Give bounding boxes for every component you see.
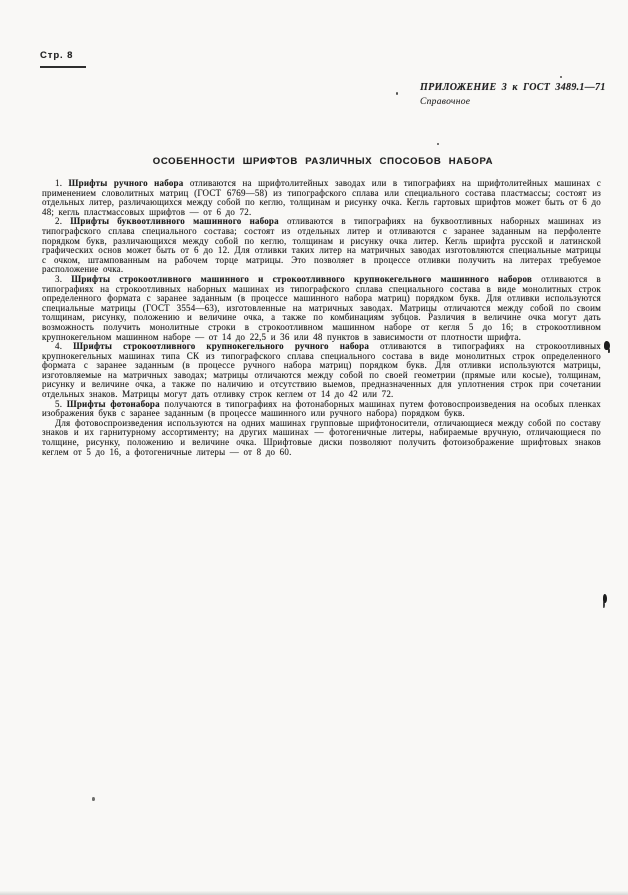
paragraph-lead: Шрифты буквоотливного машинного набора — [62, 216, 279, 226]
paragraph-4: 4. Шрифты строкоотливного крупнокегельно… — [42, 342, 601, 400]
paragraph-2: 2. Шрифты буквоотливного машинного набор… — [42, 217, 601, 275]
paragraph-1: 1. Шрифты ручного набора отливаются на ш… — [42, 179, 601, 217]
document-body: 1. Шрифты ручного набора отливаются на ш… — [42, 179, 601, 457]
document-title: ОСОБЕННОСТИ ШРИФТОВ РАЗЛИЧНЫХ СПОСОБОВ Н… — [18, 156, 628, 167]
paragraph-text: отливаются в типографиях на буквоотливны… — [42, 216, 601, 274]
ink-speck — [603, 594, 607, 603]
appendix-heading: ПРИЛОЖЕНИЕ 3 к ГОСТ 3489.1—71 — [420, 82, 610, 93]
paragraph-6: Для фотовоспроизведения используются на … — [42, 419, 601, 457]
paragraph-lead: Шрифты строкоотливного машинного и строк… — [62, 274, 532, 284]
page-number-underline — [40, 66, 86, 68]
paragraph-lead: Шрифты фотонабора — [62, 399, 160, 409]
paragraph-3: 3. Шрифты строкоотливного машинного и ст… — [42, 275, 601, 342]
ink-speck — [92, 797, 95, 801]
ink-speck — [604, 341, 610, 350]
paragraph-text: отливаются в типографиях на строкоотливн… — [42, 341, 601, 399]
document-page: Стр. 8 ПРИЛОЖЕНИЕ 3 к ГОСТ 3489.1—71 Спр… — [0, 0, 628, 895]
page-bottom-shadow — [0, 891, 628, 895]
paragraph-lead: Шрифты строкоотливного крупнокегельного … — [62, 341, 369, 351]
page-number-label: Стр. 8 — [40, 50, 73, 61]
ink-dot — [437, 143, 439, 145]
paragraph-text: отливаются в типографиях на строкоотливн… — [42, 274, 601, 342]
ink-dot — [560, 76, 562, 78]
ink-dot — [396, 92, 398, 95]
paragraph-text: Для фотовоспроизведения используются на … — [42, 418, 601, 457]
appendix-note: Справочное — [420, 97, 470, 107]
paragraph-lead: Шрифты ручного набора — [62, 178, 183, 188]
paragraph-5: 5. Шрифты фотонабора получаются в типогр… — [42, 400, 601, 419]
